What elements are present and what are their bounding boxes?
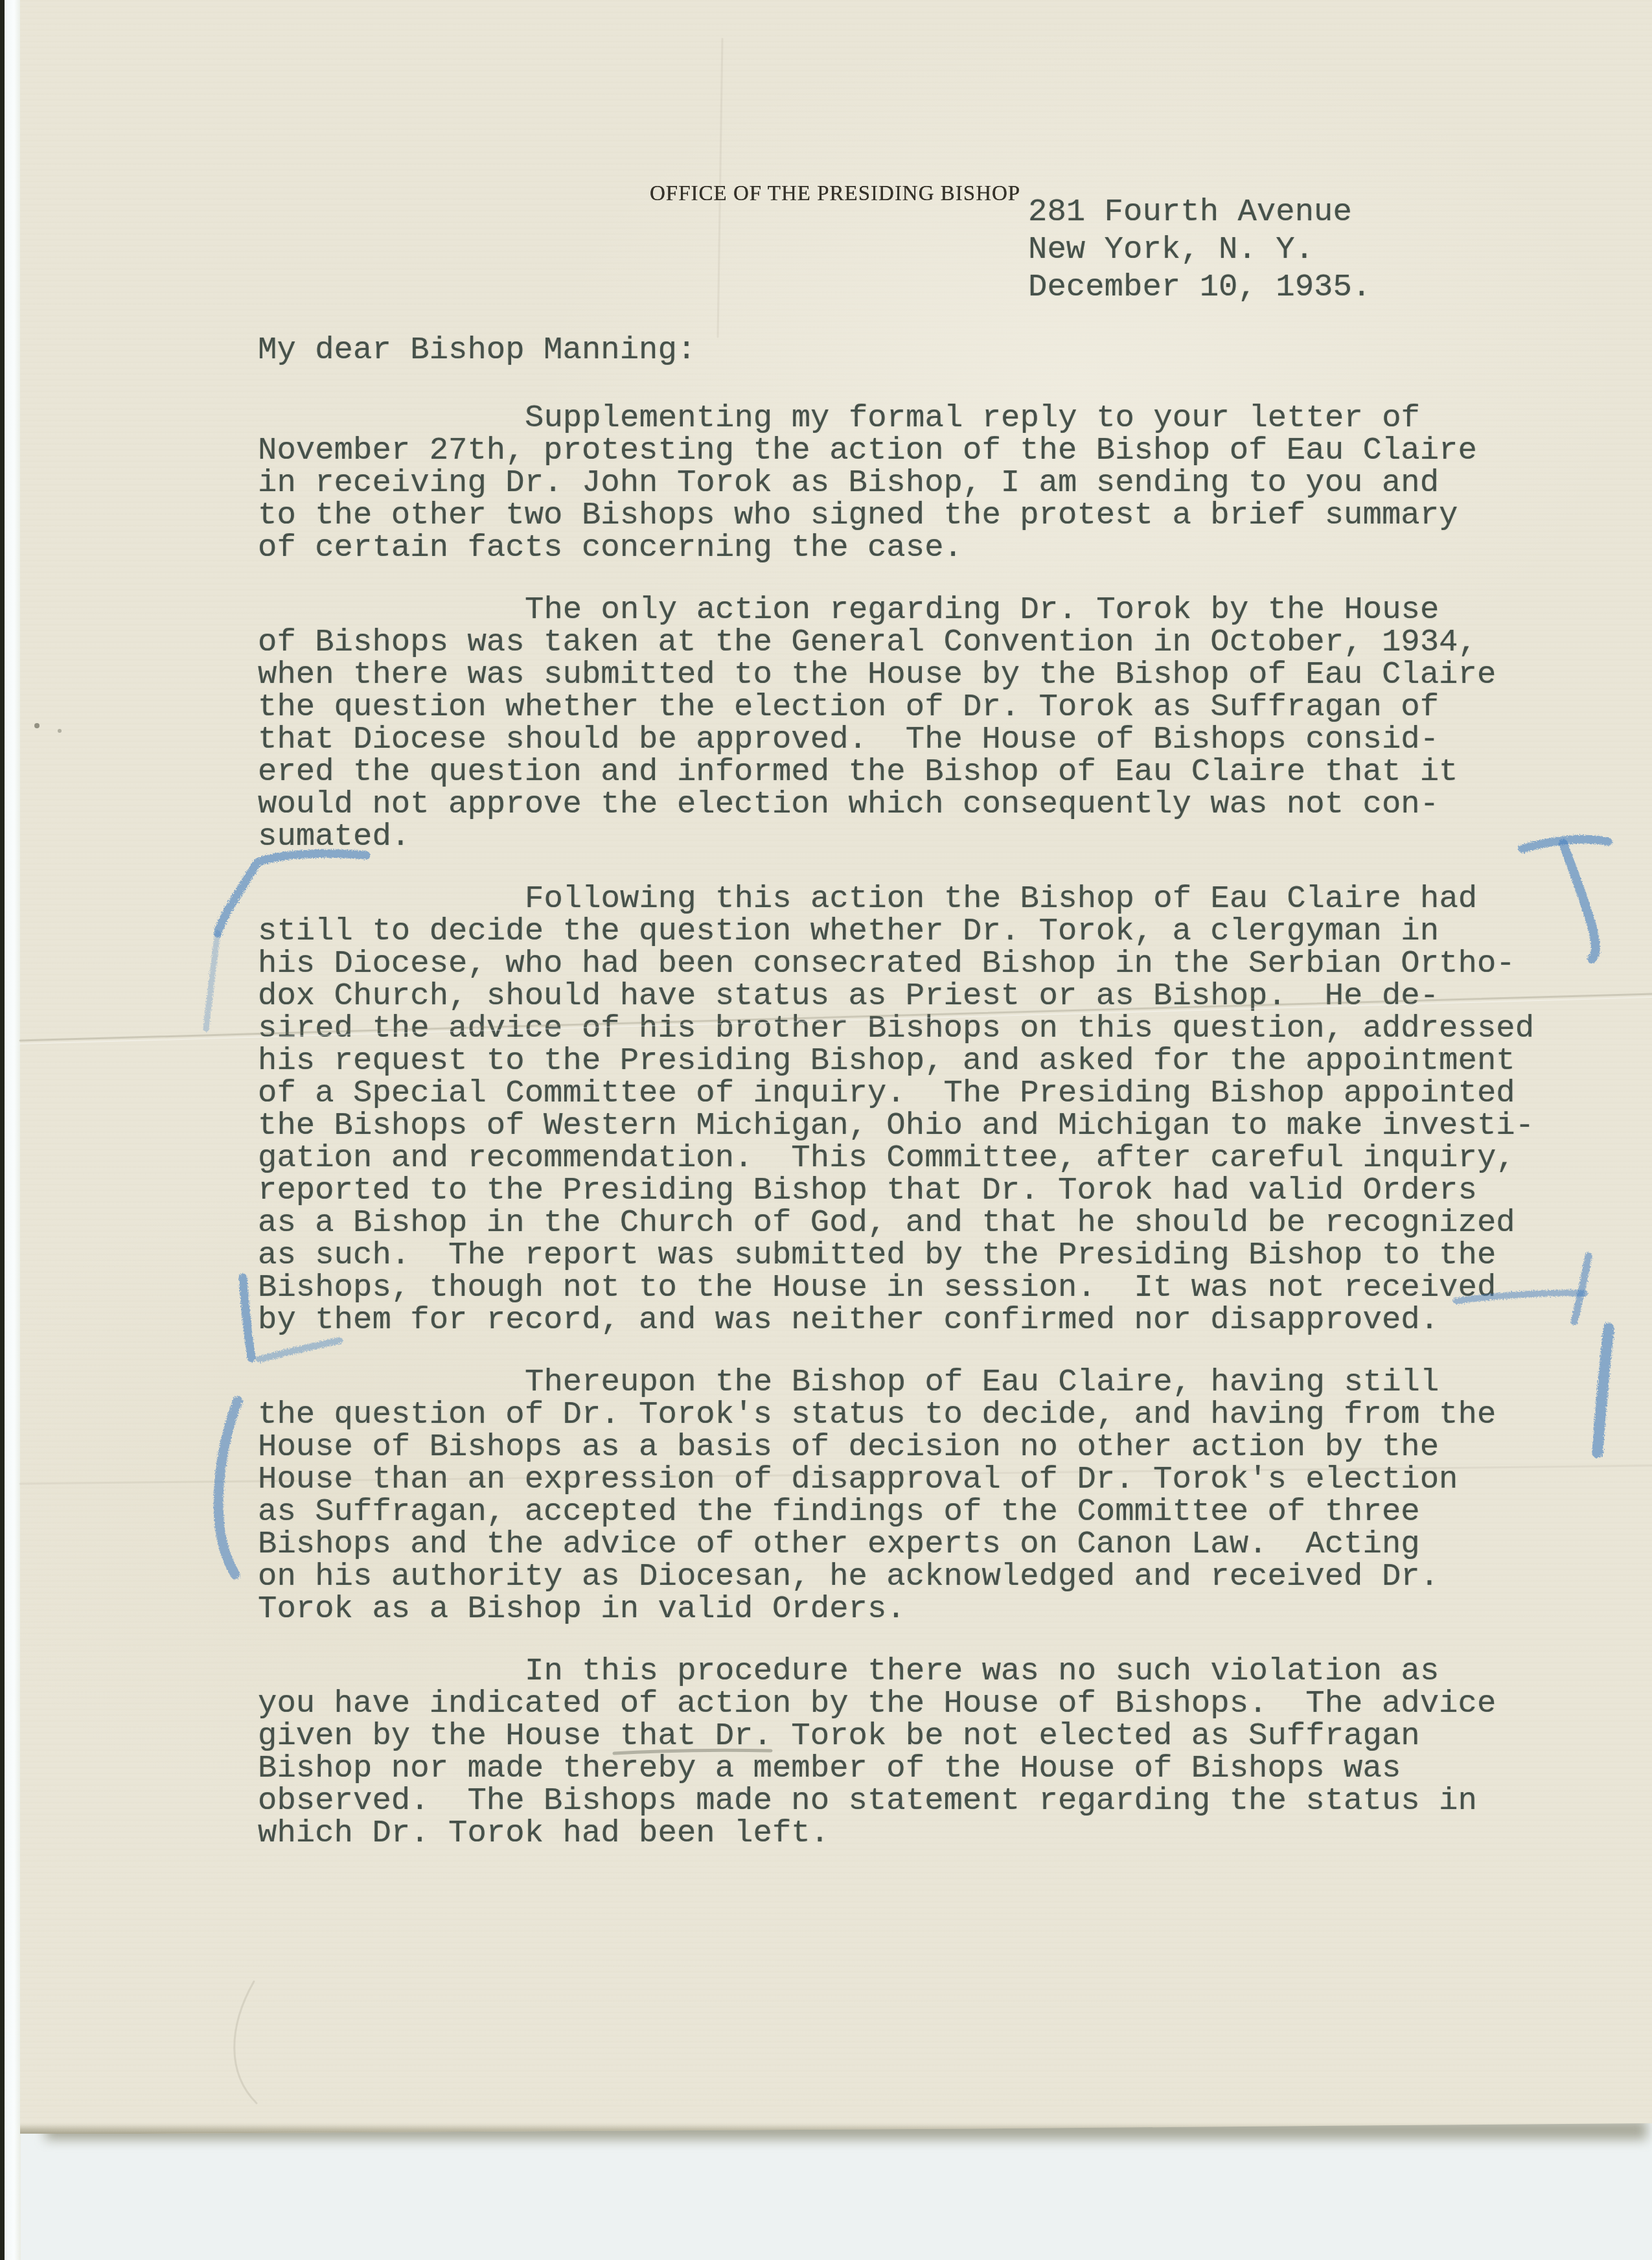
letter-line: of Bishops was taken at the General Conv… [258, 626, 1573, 658]
letter-line: ered the question and informed the Bisho… [258, 755, 1573, 788]
letter-line: as Suffragan, accepted the findings of t… [258, 1495, 1573, 1528]
letter-line: dox Church, should have status as Priest… [258, 980, 1573, 1012]
address-line: New York, N. Y. [1028, 231, 1371, 268]
letter-line: when there was submitted to the House by… [258, 658, 1573, 691]
letter-line: House of Bishops as a basis of decision … [258, 1431, 1573, 1463]
paragraph: Thereupon the Bishop of Eau Claire, havi… [258, 1366, 1573, 1625]
letter-line: November 27th, protesting the action of … [258, 434, 1573, 467]
scan-background: { "page": { "colors": { "scanner_backgro… [0, 0, 1652, 2260]
letter-line: Thereupon the Bishop of Eau Claire, havi… [258, 1366, 1573, 1398]
letter-line: Following this action the Bishop of Eau … [258, 882, 1573, 915]
letter-line: of certain facts concerning the case. [258, 531, 1573, 564]
scanner-edge-white [5, 0, 21, 2260]
letter-line: as a Bishop in the Church of God, and th… [258, 1206, 1573, 1239]
address-line: 281 Fourth Avenue [1028, 193, 1371, 231]
letter-line: In this procedure there was no such viol… [258, 1655, 1573, 1687]
letter-line: you have indicated of action by the Hous… [258, 1687, 1573, 1720]
letter-line: Bishops and the advice of other experts … [258, 1528, 1573, 1560]
letter-line: gation and recommendation. This Committe… [258, 1142, 1573, 1174]
letter-line: The only action regarding Dr. Torok by t… [258, 594, 1573, 626]
letter-line: House than an expression of disapproval … [258, 1463, 1573, 1495]
letter-line: sired the advice of his brother Bishops … [258, 1012, 1573, 1044]
scanner-edge-dark [0, 0, 5, 2260]
letter-line: the Bishops of Western Michigan, Ohio an… [258, 1109, 1573, 1142]
letter-line: sumated. [258, 820, 1573, 853]
address-line: December 10, 1935. [1028, 268, 1371, 306]
letter-line: his request to the Presiding Bishop, and… [258, 1044, 1573, 1077]
letter-line: in receiving Dr. John Torok as Bishop, I… [258, 467, 1573, 499]
letter-line: observed. The Bishops made no statement … [258, 1784, 1573, 1817]
letterhead-title: OFFICE OF THE PRESIDING BISHOP [650, 182, 1020, 206]
paragraph: In this procedure there was no such viol… [258, 1655, 1573, 1849]
salutation: My dear Bishop Manning: [258, 334, 1573, 366]
paragraph: Following this action the Bishop of Eau … [258, 882, 1573, 1336]
letter-line: the question of Dr. Torok's status to de… [258, 1398, 1573, 1431]
paragraph: Supplementing my formal reply to your le… [258, 402, 1573, 564]
letter-line: Supplementing my formal reply to your le… [258, 402, 1573, 434]
letter-line: still to decide the question whether Dr.… [258, 915, 1573, 947]
letter-line: Bishop nor made thereby a member of the … [258, 1752, 1573, 1784]
letter-line: the question whether the election of Dr.… [258, 691, 1573, 723]
letter-line: that Diocese should be approved. The Hou… [258, 723, 1573, 755]
letter-line: on his authority as Diocesan, he acknowl… [258, 1560, 1573, 1593]
letter-line: would not approve the election which con… [258, 788, 1573, 820]
letter-line: his Diocese, who had been consecrated Bi… [258, 947, 1573, 980]
letter-body: My dear Bishop Manning: Supplementing my… [258, 334, 1573, 1849]
letter-line: reported to the Presiding Bishop that Dr… [258, 1174, 1573, 1206]
address-block: 281 Fourth AvenueNew York, N. Y.December… [1028, 193, 1371, 306]
paragraph: The only action regarding Dr. Torok by t… [258, 594, 1573, 853]
letter-line: given by the House that Dr. Torok be not… [258, 1720, 1573, 1752]
letter-line: Bishops, though not to the House in sess… [258, 1271, 1573, 1304]
letter-line: by them for record, and was neither conf… [258, 1304, 1573, 1336]
letter-line: of a Special Committee of inquiry. The P… [258, 1077, 1573, 1109]
letter-line: to the other two Bishops who signed the … [258, 499, 1573, 531]
letter-line: Torok as a Bishop in valid Orders. [258, 1593, 1573, 1625]
letter-line: which Dr. Torok had been left. [258, 1817, 1573, 1849]
letter-line: as such. The report was submitted by the… [258, 1239, 1573, 1271]
